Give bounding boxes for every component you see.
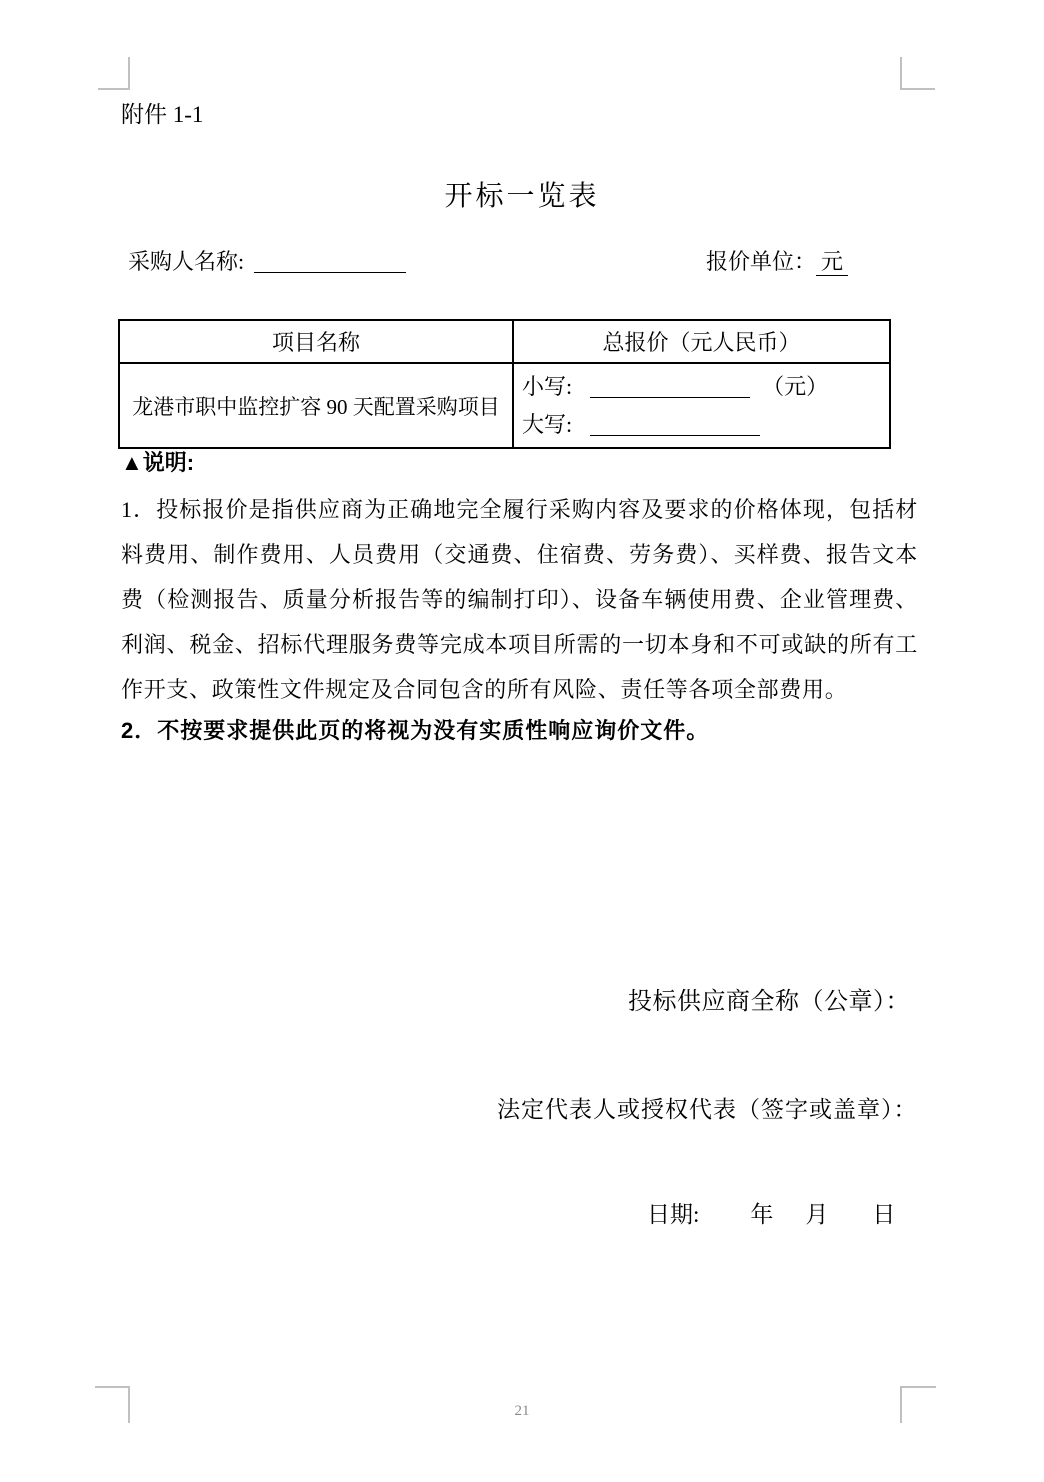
purchaser-name-label: 采购人名称: — [128, 249, 244, 274]
year-label: 年 — [750, 1202, 773, 1227]
document-page: 附件 1-1 开标一览表 采购人名称: 报价单位：元 项目名称 总报价（元人民币… — [0, 0, 1044, 1482]
quote-unit-value: 元 — [816, 249, 848, 276]
note-item-2: 2．不按要求提供此页的将视为没有实质性响应询价文件。 — [121, 716, 921, 746]
amount-uppercase-line: 大写: — [522, 408, 889, 441]
purchaser-line: 采购人名称: — [128, 248, 406, 276]
crop-mark-top-right — [900, 57, 935, 90]
table-header-total-price: 总报价（元人民币） — [513, 320, 890, 363]
date-line: 日期:年月日 — [647, 1196, 895, 1229]
notes-heading: ▲说明: — [121, 449, 194, 477]
purchaser-name-blank — [254, 252, 406, 273]
total-price-cell: 小写:（元） 大写: — [513, 363, 890, 448]
amount-lowercase-label: 小写: — [522, 374, 572, 399]
bid-table: 项目名称 总报价（元人民币） 龙港市职中监控扩容 90 天配置采购项目 小写:（… — [118, 319, 891, 449]
amount-lowercase-line: 小写:（元） — [522, 370, 889, 403]
quote-unit-line: 报价单位：元 — [706, 248, 848, 276]
quote-unit-label: 报价单位： — [706, 249, 816, 274]
amount-lowercase-unit: （元） — [762, 374, 828, 399]
table-header-project-name: 项目名称 — [119, 320, 513, 363]
table-row: 龙港市职中监控扩容 90 天配置采购项目 小写:（元） 大写: — [119, 363, 890, 448]
attachment-label: 附件 1-1 — [121, 102, 203, 128]
amount-uppercase-label: 大写: — [522, 412, 572, 437]
date-label: 日期: — [647, 1202, 699, 1227]
amount-lowercase-blank — [590, 377, 750, 398]
amount-uppercase-blank — [590, 415, 760, 436]
note-item-1: 1．投标报价是指供应商为正确地完全履行采购内容及要求的价格体现，包括材料费用、制… — [121, 487, 918, 712]
page-number: 21 — [0, 1403, 1044, 1420]
representative-signature-label: 法定代表人或授权代表（签字或盖章）： — [497, 1091, 918, 1124]
month-label: 月 — [805, 1202, 828, 1227]
day-label: 日 — [872, 1202, 895, 1227]
page-title: 开标一览表 — [0, 180, 1044, 214]
supplier-signature-label: 投标供应商全称（公章）： — [628, 981, 910, 1016]
crop-mark-top-left — [98, 57, 130, 90]
project-name-cell: 龙港市职中监控扩容 90 天配置采购项目 — [119, 363, 513, 448]
table-header-row: 项目名称 总报价（元人民币） — [119, 320, 890, 363]
